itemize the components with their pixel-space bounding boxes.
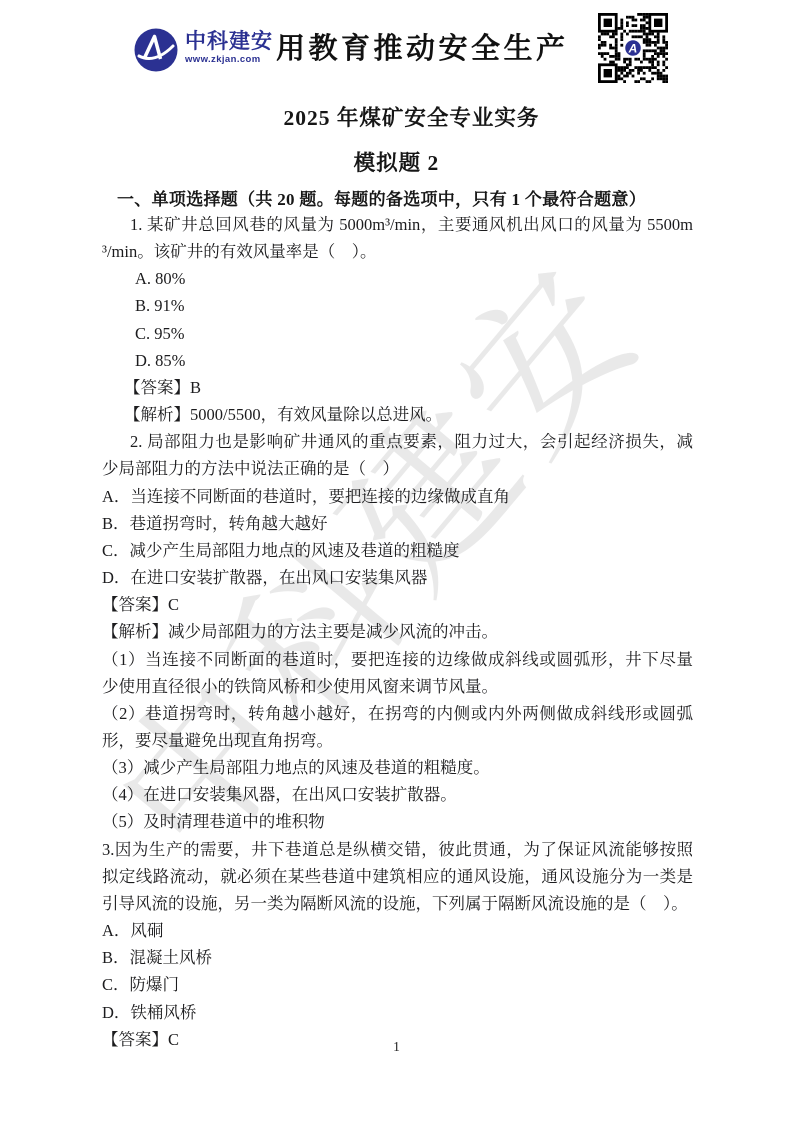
section-heading: 一、单项选择题（共 20 题。每题的备选项中，只有 1 个最符合题意）	[117, 185, 646, 210]
analysis-line: 【解析】5000/5500，有效风量除以总进风。	[102, 401, 693, 428]
page-number: 1	[0, 1039, 793, 1055]
brand-logo: 中科建安 www.zkjan.com	[133, 27, 273, 73]
option-line: D．铁桶风桥	[102, 999, 693, 1026]
brand-url: www.zkjan.com	[185, 54, 273, 65]
question-stem-line: 拟定线路流动，就必须在某些巷道中建筑相应的通风设施，通风设施分为一类是	[102, 863, 693, 890]
header: 中科建安 www.zkjan.com 用教育推动安全生产 A	[0, 0, 793, 95]
option-line: B．巷道拐弯时，转角越大越好	[102, 510, 693, 537]
analysis-item-line: 少使用直径很小的铁筒风桥和少使用风窗来调节风量。	[102, 673, 693, 700]
option-line: A．风硐	[102, 917, 693, 944]
question-stem-line: 2. 局部阻力也是影响矿井通风的重点要素，阻力过大，会引起经济损失，减	[102, 428, 693, 455]
brand-name: 中科建安	[185, 30, 273, 54]
option-line: A．当连接不同断面的巷道时，要把连接的边缘做成直角	[102, 483, 693, 510]
question-stem-line: 3.因为生产的需要，井下巷道总是纵横交错，彼此贯通，为了保证风流能够按照	[102, 836, 693, 863]
question-stem-line: 引导风流的设施，另一类为隔断风流的设施，下列属于隔断风流设施的是（ ）。	[102, 890, 693, 917]
option-line: D．在进口安装扩散器，在出风口安装集风器	[102, 564, 693, 591]
option-line: A. 80%	[102, 265, 693, 292]
analysis-item-line: （2）巷道拐弯时，转角越小越好，在拐弯的内侧或内外两侧做成斜线形或圆弧	[102, 700, 693, 727]
option-line: C. 95%	[102, 320, 693, 347]
analysis-item-line: （1）当连接不同断面的巷道时，要把连接的边缘做成斜线或圆弧形，井下尽量	[102, 646, 693, 673]
brand-text: 中科建安 www.zkjan.com	[185, 27, 273, 65]
analysis-item-line: 形，要尽量避免出现直角拐弯。	[102, 727, 693, 754]
analysis-item-line: （4）在进口安装集风器，在出风口安装扩散器。	[102, 781, 693, 808]
analysis-line: 【解析】减少局部阻力的方法主要是减少风流的冲击。	[102, 618, 693, 645]
document-page: 中科建安 中科建安 www.zkjan.com 用教育推动安全生产 A 2025…	[0, 0, 793, 1121]
document-body: 1. 某矿井总回风巷的风量为 5000m³/min，主要通风机出风口的风量为 5…	[102, 211, 693, 1053]
svg-text:A: A	[628, 42, 638, 56]
question-stem-line: 1. 某矿井总回风巷的风量为 5000m³/min，主要通风机出风口的风量为 5…	[102, 211, 693, 238]
qr-code-icon: A	[598, 13, 668, 83]
brand-logo-icon	[133, 27, 179, 73]
analysis-item-line: （5）及时清理巷道中的堆积物	[102, 808, 693, 835]
doc-subtitle: 模拟题 2	[0, 146, 793, 177]
header-slogan: 用教育推动安全生产	[276, 26, 569, 67]
option-line: D. 85%	[102, 347, 693, 374]
option-line: B．混凝土风桥	[102, 944, 693, 971]
option-line: C．防爆门	[102, 971, 693, 998]
option-line: C．减少产生局部阻力地点的风速及巷道的粗糙度	[102, 537, 693, 564]
doc-title: 2025 年煤矿安全专业实务	[0, 101, 793, 132]
question-stem-line: ³/min。该矿井的有效风量率是（ ）。	[102, 238, 693, 265]
answer-line: 【答案】B	[102, 374, 693, 401]
question-stem-line: 少局部阻力的方法中说法正确的是（ ）	[102, 455, 693, 482]
option-line: B. 91%	[102, 292, 693, 319]
analysis-item-line: （3）减少产生局部阻力地点的风速及巷道的粗糙度。	[102, 754, 693, 781]
answer-line: 【答案】C	[102, 591, 693, 618]
